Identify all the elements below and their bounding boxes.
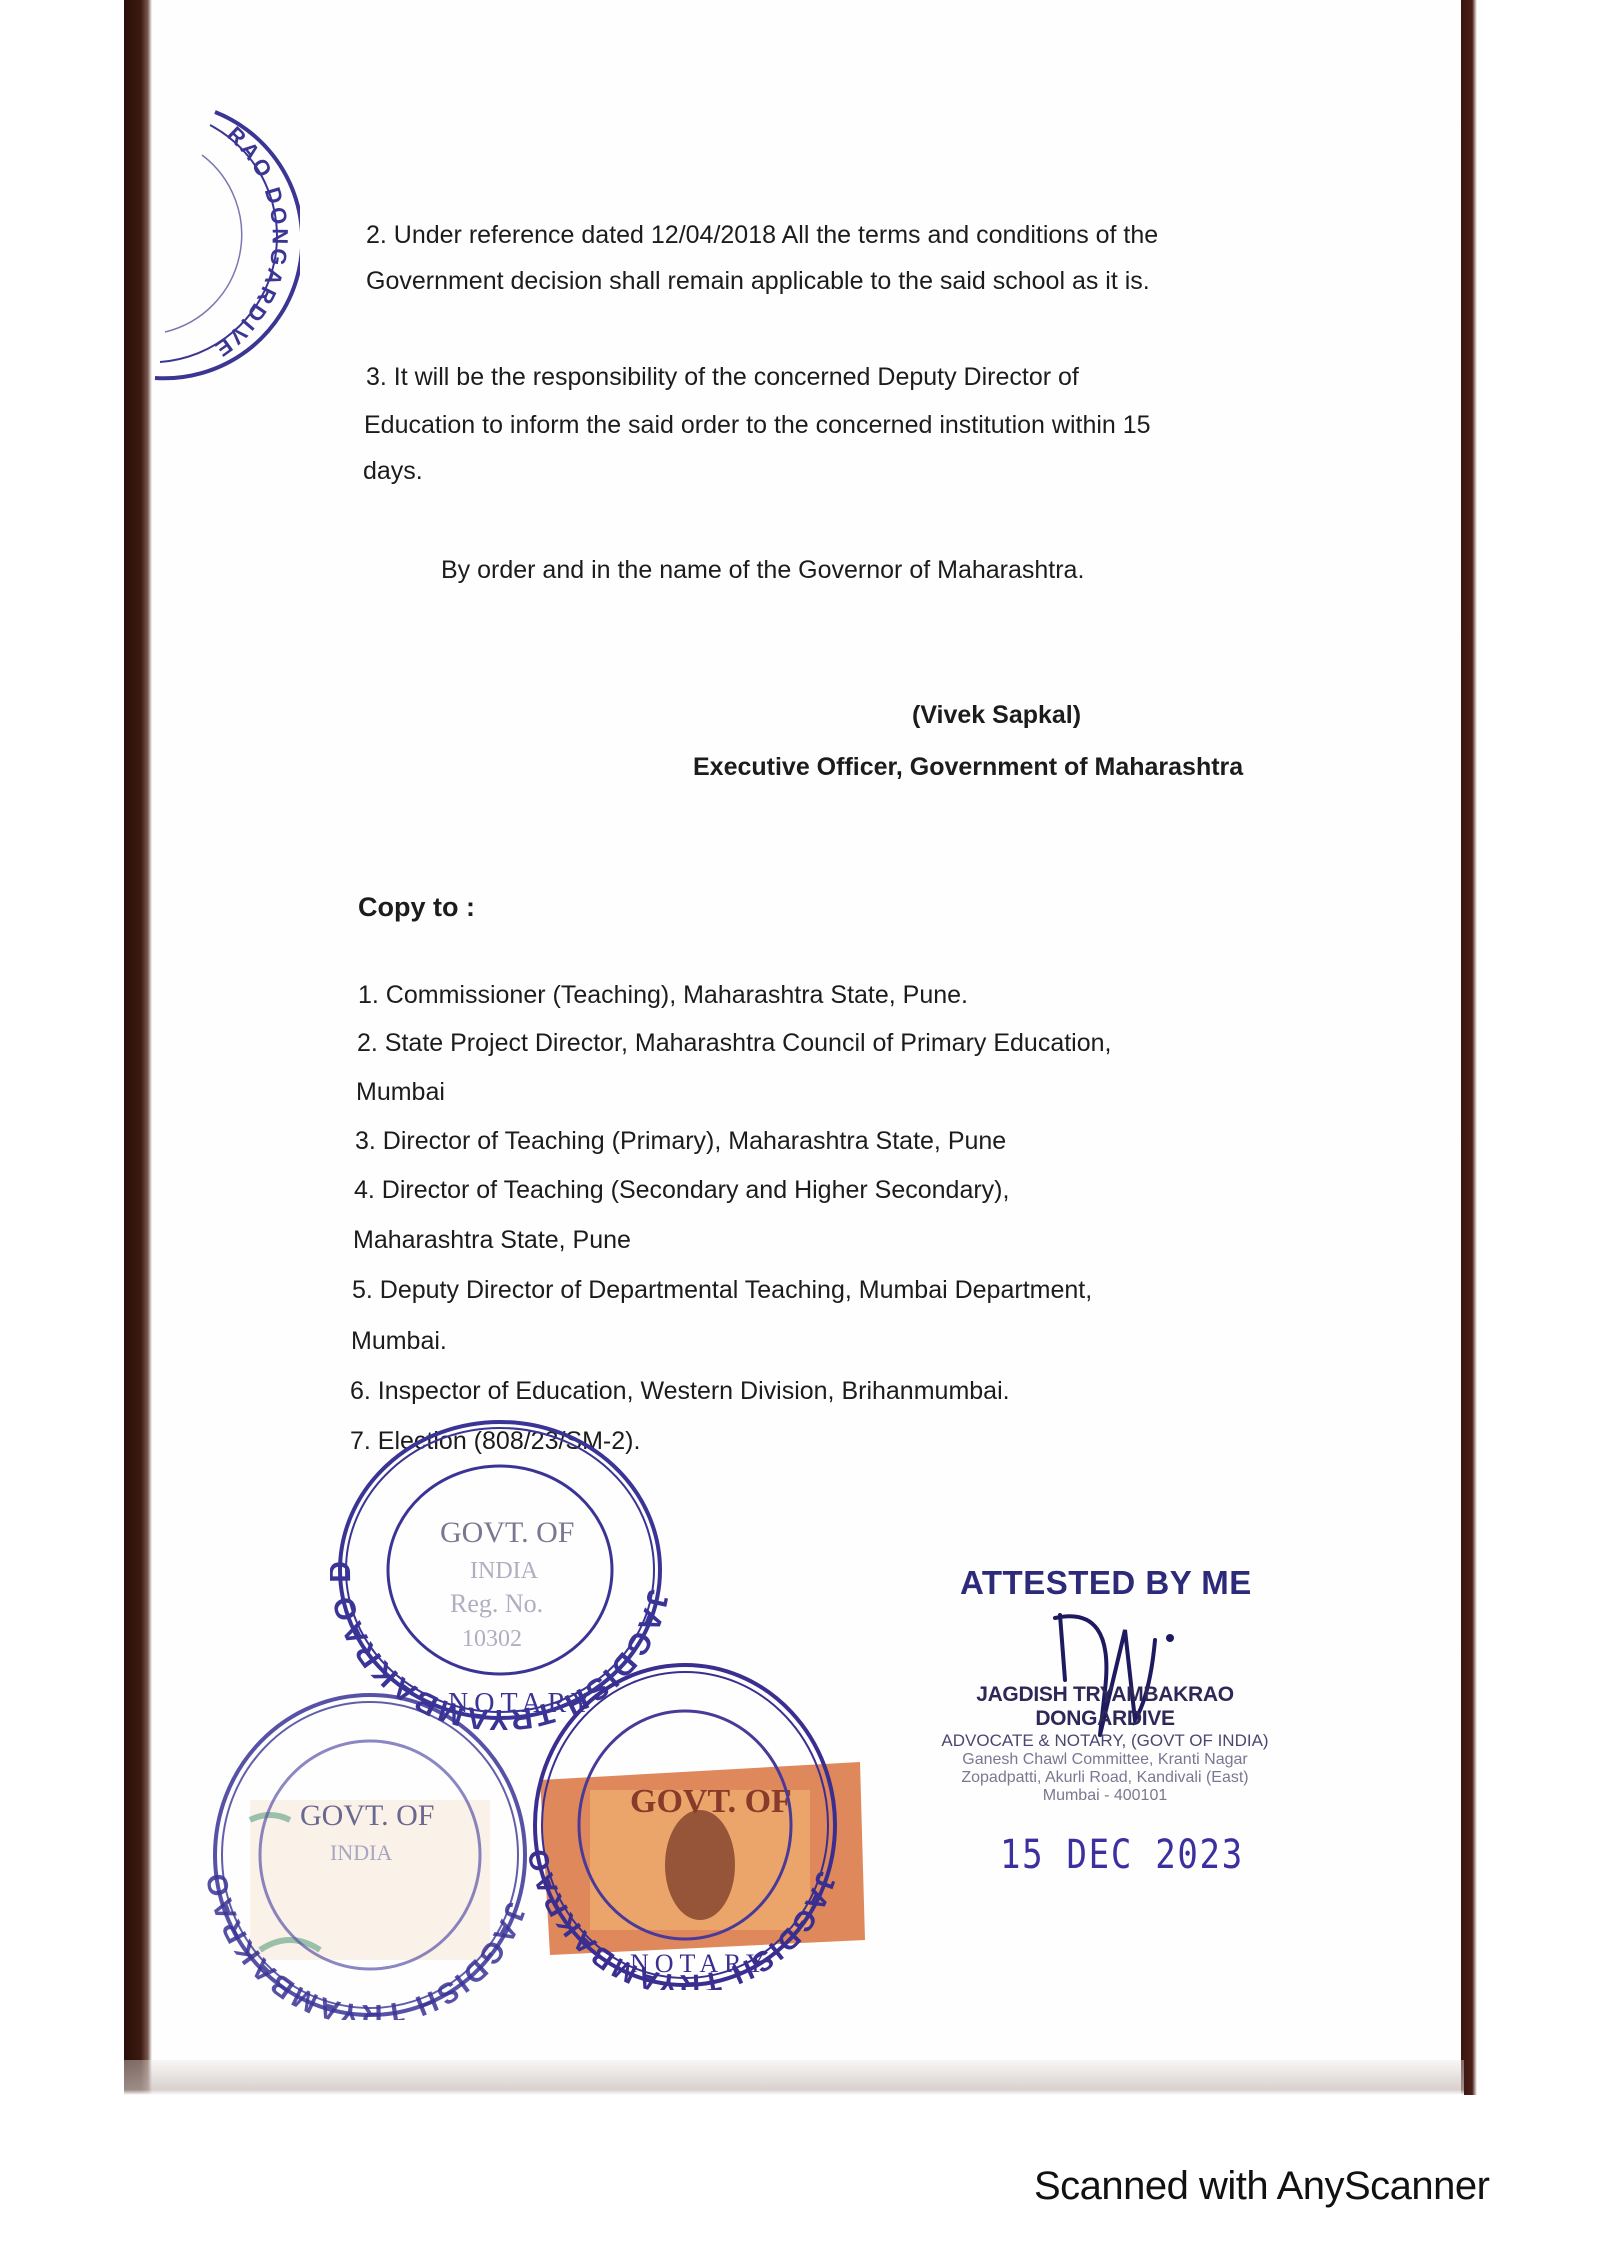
notary-seal-icon: JAGDISH TRYAMBAKRAO DONGARDIVE GOVT. OF … [205, 1690, 535, 2020]
paragraph-3-line-3: days. [363, 456, 423, 486]
copy-to-line: 5. Deputy Director of Departmental Teach… [352, 1275, 1092, 1305]
date-stamp: 15 DEC 2023 [1000, 1832, 1244, 1878]
svg-text:GOVT. OF: GOVT. OF [440, 1516, 574, 1549]
notary-title: ADVOCATE & NOTARY, (GOVT OF INDIA) [905, 1731, 1305, 1751]
svg-text:Reg. No.: Reg. No. [450, 1589, 543, 1618]
copy-to-line: 1. Commissioner (Teaching), Maharashtra … [358, 980, 968, 1010]
copy-to-line: Mumbai [356, 1077, 445, 1107]
notary-address-line: Zopadpatti, Akurli Road, Kandivali (East… [905, 1769, 1305, 1787]
paragraph-3-line-2: Education to inform the said order to th… [364, 410, 1151, 440]
svg-text:NOTARY: NOTARY [630, 1949, 771, 1978]
page-bottom-edge [124, 2060, 1464, 2095]
signatory-name: (Vivek Sapkal) [912, 700, 1081, 730]
svg-text:INDIA: INDIA [470, 1558, 539, 1584]
svg-text:10302: 10302 [462, 1626, 522, 1652]
svg-text:RAO DONGARDIVE: RAO DONGARDIVE [208, 121, 293, 363]
notary-address-line: Ganesh Chawl Committee, Kranti Nagar [905, 1751, 1305, 1769]
copy-to-line: 6. Inspector of Education, Western Divis… [350, 1376, 1010, 1406]
copy-to-line: 4. Director of Teaching (Secondary and H… [354, 1175, 1009, 1205]
notary-name: JAGDISH TRYAMBAKRAO DONGARDIVE [905, 1683, 1305, 1731]
copy-to-line: 3. Director of Teaching (Primary), Mahar… [355, 1126, 1006, 1156]
paragraph-3-line-1: 3. It will be the responsibility of the … [366, 362, 1079, 392]
copy-to-line: 2. State Project Director, Maharashtra C… [357, 1028, 1112, 1058]
notary-details: JAGDISH TRYAMBAKRAO DONGARDIVE ADVOCATE … [905, 1683, 1305, 1805]
svg-text:GOVT. OF: GOVT. OF [300, 1799, 434, 1832]
signatory-designation: Executive Officer, Government of Maharas… [693, 752, 1243, 782]
order-line: By order and in the name of the Governor… [441, 555, 1084, 585]
copy-to-heading: Copy to : [358, 892, 475, 922]
attested-heading: ATTESTED BY ME [960, 1564, 1252, 1602]
notary-address-line: Mumbai - 400101 [905, 1787, 1305, 1805]
svg-text:JAGDISH TRYAMBAKRAO DONGARDIVE: JAGDISH TRYAMBAKRAO DONGARDIVE [525, 1660, 842, 1990]
notary-seal-icon: JAGDISH TRYAMBAKRAO DONGARDIVE NOTARY [525, 1660, 845, 1990]
copy-to-line: Maharashtra State, Pune [353, 1225, 631, 1255]
paragraph-2-line-1: 2. Under reference dated 12/04/2018 All … [366, 220, 1158, 250]
svg-text:INDIA: INDIA [330, 1840, 392, 1865]
page-right-edge [1461, 0, 1477, 2095]
partial-notary-seal-icon: RAO DONGARDIVE [60, 100, 300, 390]
copy-to-line: Mumbai. [351, 1326, 447, 1356]
scanner-watermark: Scanned with AnyScanner [1034, 2164, 1489, 2209]
paragraph-2-line-2: Government decision shall remain applica… [366, 266, 1150, 296]
